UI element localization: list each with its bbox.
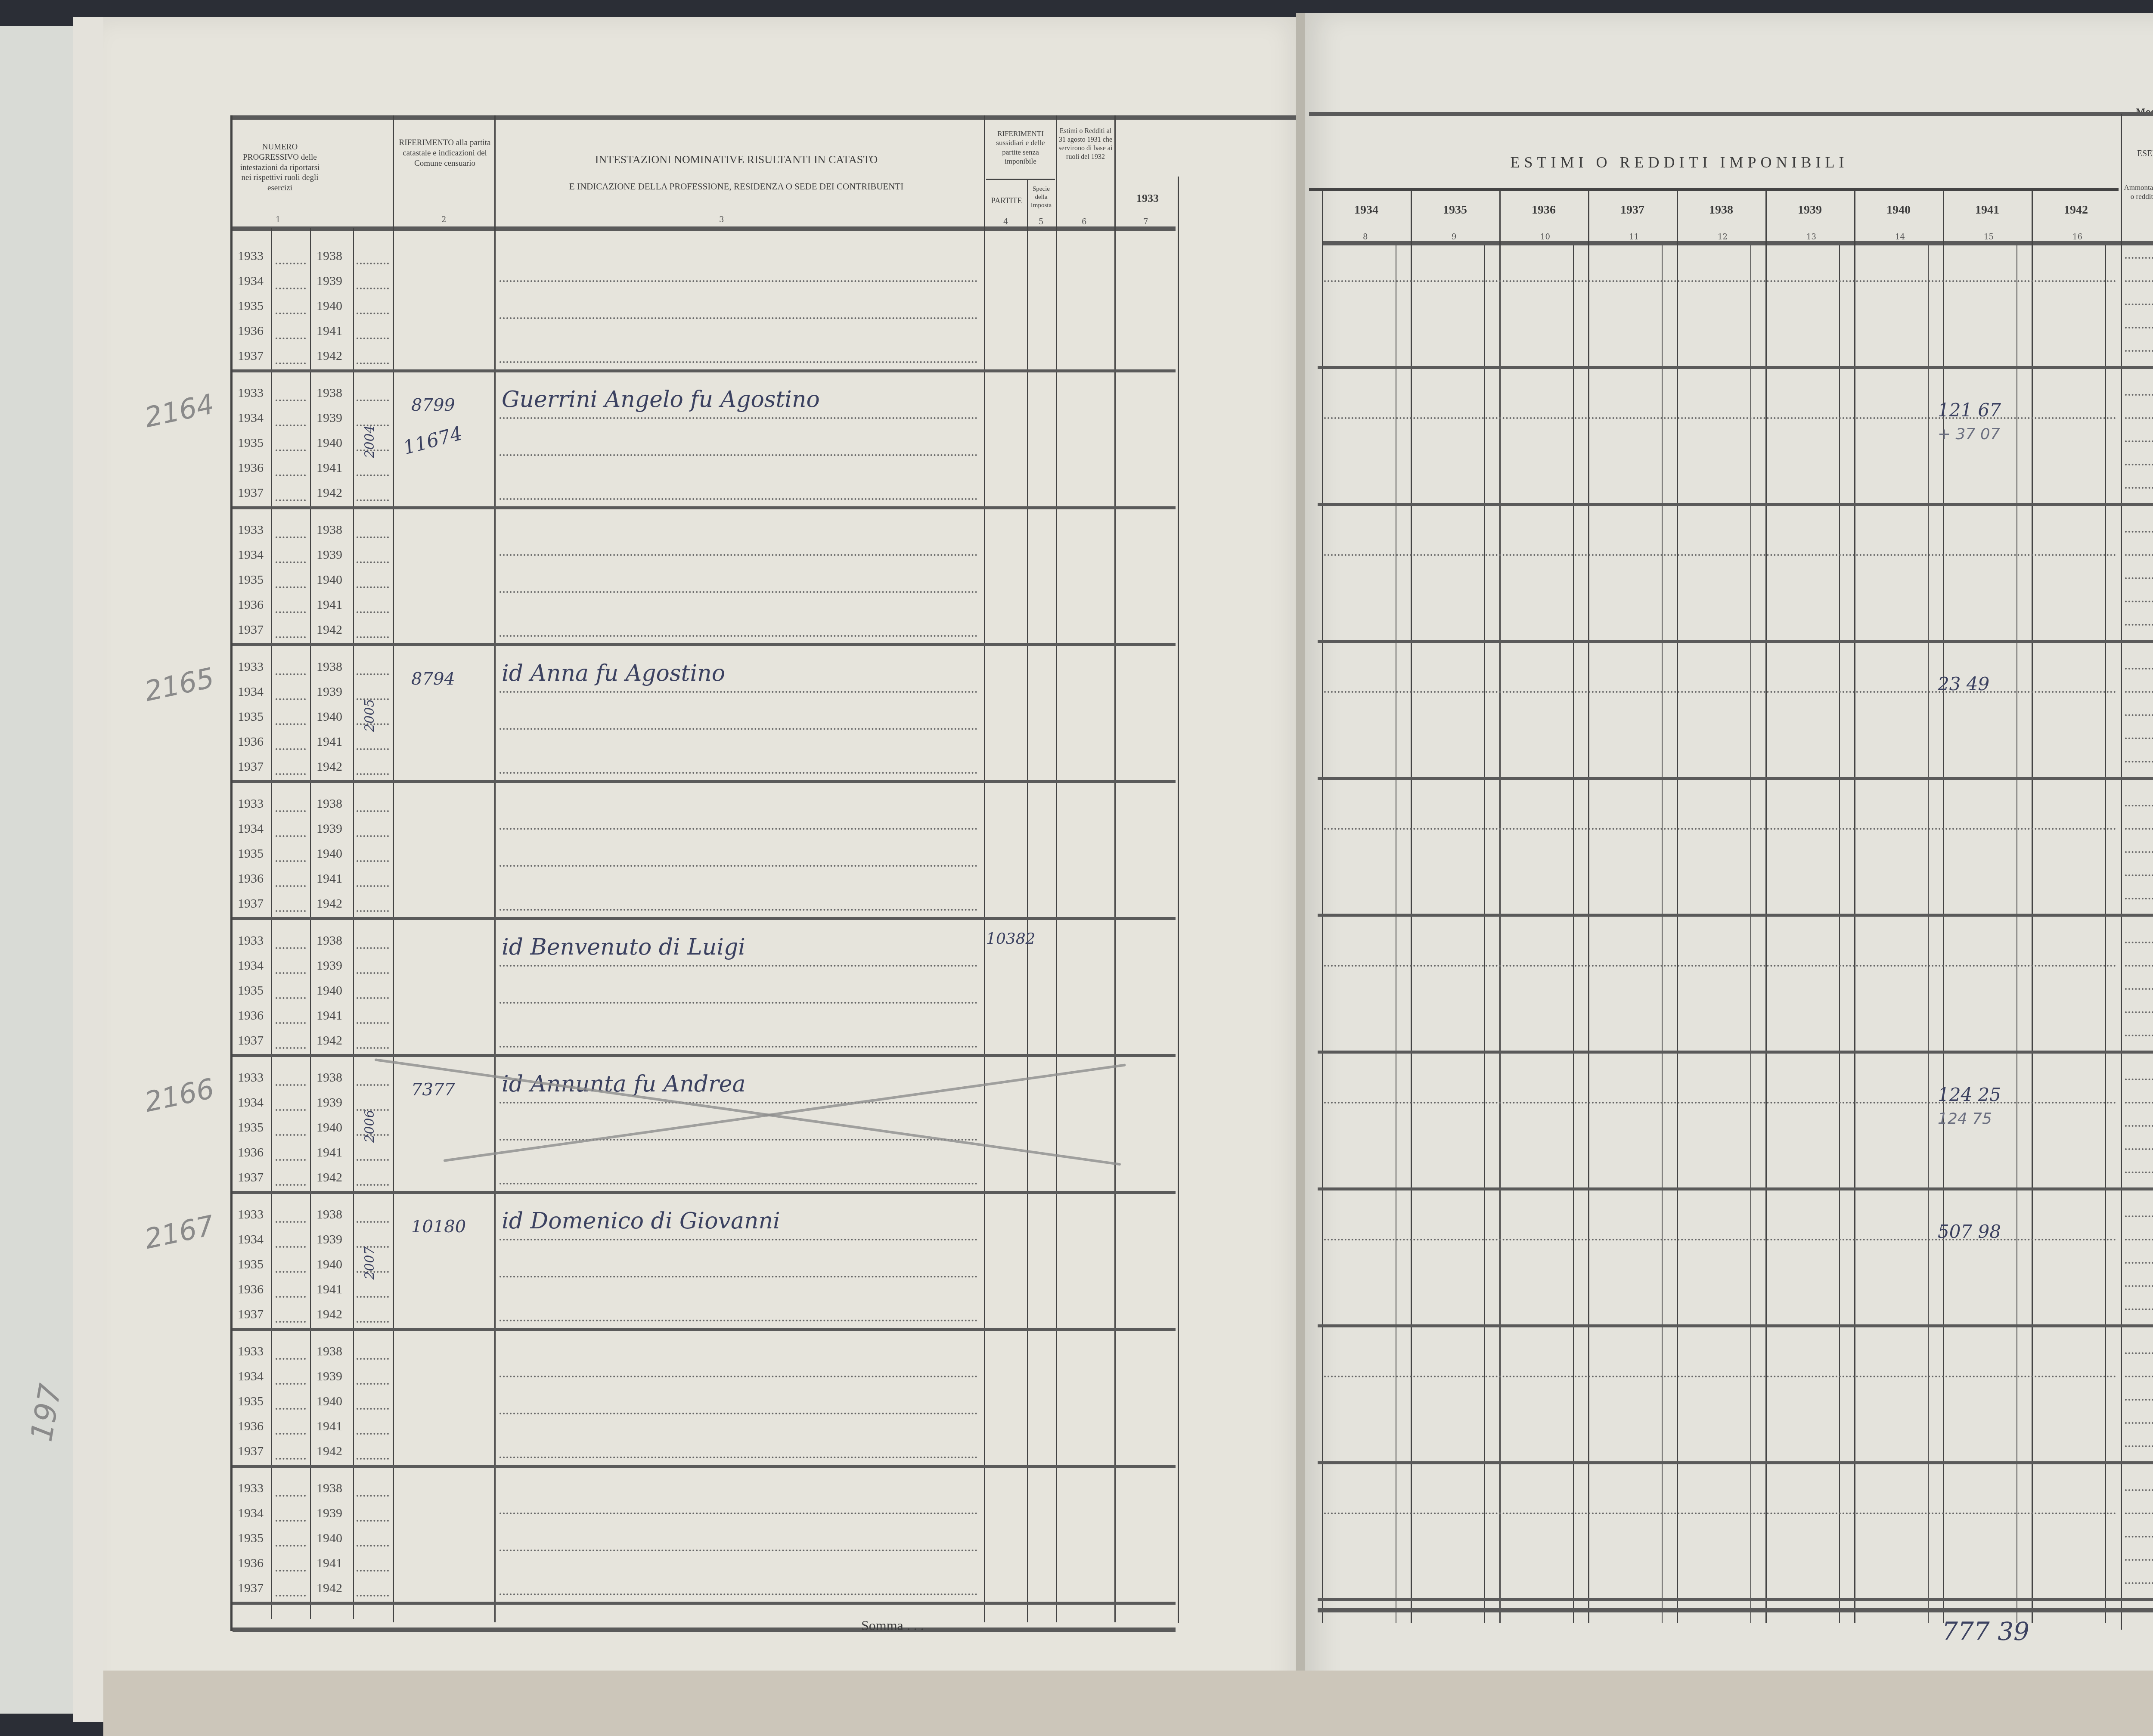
entry-separator-right: [1318, 503, 2153, 506]
year-label: 1936: [238, 324, 264, 338]
dotted-line: [2125, 1308, 2153, 1310]
dotted-line: [2125, 1102, 2153, 1104]
dotted-line: [2125, 1172, 2153, 1173]
dotted-line: [276, 338, 306, 339]
year-label: 1938: [316, 1344, 342, 1359]
year-label: 1936: [238, 1282, 264, 1297]
left-outer-border: [230, 115, 233, 1631]
dotted-line: [2125, 417, 2153, 419]
dotted-line: [276, 1358, 306, 1360]
entry-separator-right: [1318, 1598, 2153, 1601]
dotted-line: [276, 1221, 306, 1223]
dotted-line: [357, 263, 389, 264]
dotted-line: [499, 909, 977, 911]
dotted-line: [2125, 898, 2153, 899]
dotted-line: [357, 1321, 389, 1323]
cents-divider: [1484, 245, 1485, 1623]
dotted-line: [276, 947, 306, 949]
dotted-line: [2125, 714, 2153, 716]
year-col-divider: [1854, 189, 1855, 1623]
dotted-line: [357, 1595, 389, 1596]
header-estimi-imponibili: ESTIMI O REDDITI IMPONIBILI: [1399, 153, 1959, 172]
dotted-line: [2125, 1125, 2153, 1127]
header-year-1937: 1937: [1588, 202, 1677, 217]
header-estimi-1931: Estimi o Redditi al 31 agosto 1931 che s…: [1058, 127, 1114, 161]
dotted-line: [357, 338, 389, 339]
year-label: 1938: [316, 1207, 342, 1222]
dotted-line: [2125, 1445, 2153, 1447]
dotted-line: [276, 723, 306, 725]
entry-separator-right: [1318, 1324, 2153, 1327]
col-no-12: 12: [1718, 232, 1728, 242]
dotted-line: [276, 586, 306, 588]
dotted-line: [276, 972, 306, 974]
dotted-line: [1324, 965, 2116, 967]
dotted-line: [499, 1593, 977, 1595]
year-label: 1933: [238, 386, 264, 400]
year-label: 1937: [238, 623, 264, 637]
year-label: 1937: [238, 1581, 264, 1596]
dotted-line: [276, 748, 306, 750]
dotted-line: [499, 1320, 977, 1321]
dotted-line: [276, 1296, 306, 1298]
dotted-line: [2125, 350, 2153, 352]
dotted-line: [276, 474, 306, 476]
year-label: 1941: [316, 324, 342, 338]
dotted-line: [2125, 304, 2153, 305]
year-label: 1935: [238, 710, 264, 724]
col-no-3: 3: [719, 215, 724, 224]
dotted-line: [357, 313, 389, 314]
dotted-line: [499, 591, 977, 593]
dotted-line: [276, 288, 306, 289]
year-label: 1935: [238, 1257, 264, 1272]
year-label: 1938: [316, 1070, 342, 1085]
year-label: 1939: [316, 1095, 342, 1110]
dotted-line: [2125, 1239, 2153, 1240]
entry-separator-right: [1318, 366, 2153, 369]
dotted-line: [2125, 1536, 2153, 1538]
somma-label: Somma . . .: [861, 1617, 924, 1634]
dotted-line: [1324, 828, 2116, 830]
value-1941: 23 49: [1938, 673, 1989, 694]
header-year-1936: 1936: [1499, 202, 1588, 217]
entry-separator: [233, 369, 1176, 372]
dotted-line: [499, 1002, 977, 1004]
subcol-b: [310, 228, 311, 1619]
header-year-1941: 1941: [1943, 202, 2032, 217]
header-year-1934: 1934: [1322, 202, 1411, 217]
dotted-line: [2125, 942, 2153, 943]
partita-ref: 7377: [411, 1080, 455, 1100]
col-no-9: 9: [1452, 232, 1456, 242]
col-no-14: 14: [1895, 232, 1905, 242]
year-label: 1935: [238, 573, 264, 587]
year-col-divider: [1322, 189, 1323, 1623]
value-1941-note: + 37 07: [1938, 425, 2000, 443]
year-label: 1936: [238, 598, 264, 612]
dotted-line: [1324, 280, 2116, 282]
dotted-line: [2125, 1489, 2153, 1491]
contributor-name: id Anna fu Agostino: [502, 660, 725, 686]
entry-code: 2004: [362, 425, 377, 458]
dotted-line: [499, 1239, 977, 1240]
dotted-line: [357, 474, 389, 476]
dotted-line: [357, 363, 389, 364]
year-label: 1941: [316, 1145, 342, 1160]
cents-divider: [1396, 245, 1396, 1623]
dotted-line: [2125, 851, 2153, 853]
dotted-line: [357, 1358, 389, 1360]
cents-divider: [2016, 245, 2017, 1623]
entry-code: 2006: [362, 1110, 377, 1142]
year-label: 1937: [238, 1444, 264, 1459]
col-no-8: 8: [1363, 232, 1368, 242]
dotted-line: [357, 773, 389, 775]
dotted-line: [499, 772, 977, 774]
dotted-line: [2125, 327, 2153, 329]
right-page: [1305, 13, 2153, 1722]
dotted-line: [499, 1376, 977, 1377]
year-label: 1938: [316, 1481, 342, 1496]
entry-separator: [233, 1465, 1176, 1468]
dotted-line: [357, 536, 389, 538]
header-year-1938: 1938: [1677, 202, 1765, 217]
subcol-c: [353, 228, 354, 1619]
dotted-line: [276, 561, 306, 563]
year-label: 1934: [238, 958, 264, 973]
col-no-1: 1: [276, 215, 280, 224]
dotted-line: [2125, 624, 2153, 626]
year-label: 1939: [316, 548, 342, 562]
years-rule: [1309, 188, 2119, 191]
total-1941: 777 39: [1942, 1617, 2029, 1646]
cents-divider: [1928, 245, 1929, 1623]
dotted-line: [1324, 1513, 2116, 1514]
dotted-line: [2125, 988, 2153, 990]
partita-ref: 8799: [411, 395, 455, 415]
dotted-line: [276, 698, 306, 700]
year-label: 1942: [316, 349, 342, 363]
year-label: 1937: [238, 1307, 264, 1322]
divider-col6: [1056, 115, 1057, 1622]
year-label: 1941: [316, 598, 342, 612]
partite-value: 10382: [986, 930, 1036, 948]
year-label: 1942: [316, 1033, 342, 1048]
dotted-line: [499, 965, 977, 967]
dotted-line: [1324, 554, 2116, 556]
dotted-line: [357, 1570, 389, 1572]
value-1941: 124 25: [1938, 1084, 2001, 1105]
dotted-line: [499, 1550, 977, 1551]
year-label: 1933: [238, 1344, 264, 1359]
year-label: 1938: [316, 249, 342, 263]
dotted-line: [2125, 280, 2153, 282]
dotted-line: [276, 1109, 306, 1111]
dotted-line: [2125, 1011, 2153, 1013]
dotted-line: [276, 1545, 306, 1547]
dotted-line: [276, 400, 306, 401]
year-label: 1940: [316, 1531, 342, 1546]
dotted-line: [2125, 394, 2153, 396]
entry-separator: [233, 1328, 1176, 1331]
dotted-line: [499, 1102, 977, 1104]
dotted-line: [2125, 1559, 2153, 1561]
col-no-7: 7: [1143, 217, 1148, 226]
year-label: 1939: [316, 411, 342, 425]
col-no-11: 11: [1629, 232, 1639, 242]
dotted-line: [499, 498, 977, 500]
entry-separator-right: [1318, 914, 2153, 917]
dotted-line: [276, 885, 306, 887]
dotted-line: [2125, 1285, 2153, 1287]
dotted-line: [499, 417, 977, 419]
riferimenti-rule: [986, 179, 1055, 180]
col-no-13: 13: [1806, 232, 1816, 242]
year-label: 1940: [316, 983, 342, 998]
dotted-line: [276, 1495, 306, 1497]
year-label: 1937: [238, 759, 264, 774]
book-spine: [1296, 13, 1305, 1727]
dotted-line: [499, 1183, 977, 1184]
dotted-line: [2125, 531, 2153, 533]
year-label: 1938: [316, 797, 342, 811]
dotted-line: [357, 997, 389, 999]
dotted-line: [499, 1413, 977, 1414]
divider-col2: [393, 115, 394, 1622]
dotted-line: [2125, 1376, 2153, 1377]
dotted-line: [2125, 464, 2153, 465]
dotted-line: [499, 1276, 977, 1277]
year-label: 1935: [238, 1120, 264, 1135]
dotted-line: [2125, 1582, 2153, 1584]
year-label: 1940: [316, 1120, 342, 1135]
dotted-line: [499, 1513, 977, 1514]
cents-divider: [1839, 245, 1840, 1623]
contributor-name: id Benvenuto di Luigi: [502, 934, 745, 960]
col-no-10: 10: [1540, 232, 1550, 242]
header-numero-progressivo: NUMERO PROGRESSIVO delle intestazioni da…: [235, 142, 325, 193]
year-col-divider: [1765, 189, 1767, 1623]
year-label: 1936: [238, 1145, 264, 1160]
dotted-line: [2125, 440, 2153, 442]
year-label: 1935: [238, 846, 264, 861]
dotted-line: [276, 1408, 306, 1410]
entry-separator-right: [1318, 1051, 2153, 1054]
header-year-1942: 1942: [2032, 202, 2120, 217]
dotted-line: [276, 1595, 306, 1596]
year-label: 1935: [238, 299, 264, 313]
dotted-line: [357, 288, 389, 289]
dotted-line: [276, 636, 306, 638]
year-label: 1939: [316, 1369, 342, 1384]
dotted-line: [276, 1246, 306, 1248]
header-specie: Specie della Imposta: [1028, 185, 1054, 209]
dotted-line: [357, 1221, 389, 1223]
dotted-line: [2125, 1148, 2153, 1150]
dotted-line: [499, 728, 977, 730]
year-label: 1934: [238, 411, 264, 425]
right-header-bottom-rule: [1322, 241, 2153, 245]
dotted-line: [2125, 1035, 2153, 1036]
divider-col3: [494, 115, 496, 1622]
dotted-line: [276, 1271, 306, 1273]
entry-separator: [233, 780, 1176, 783]
dotted-line: [2125, 805, 2153, 806]
year-label: 1933: [238, 1070, 264, 1085]
year-label: 1941: [316, 1282, 342, 1297]
header-year-1940: 1940: [1854, 202, 1943, 217]
year-label: 1937: [238, 1170, 264, 1185]
year-label: 1933: [238, 523, 264, 537]
year-label: 1936: [238, 1008, 264, 1023]
dotted-line: [357, 561, 389, 563]
year-label: 1940: [316, 436, 342, 450]
dotted-line: [276, 1022, 306, 1024]
year-col-divider: [1677, 189, 1678, 1623]
dotted-line: [2125, 1352, 2153, 1354]
col-no-2: 2: [441, 215, 446, 224]
dotted-line: [357, 972, 389, 974]
divider-col5: [1027, 180, 1028, 1622]
year-label: 1941: [316, 871, 342, 886]
year-label: 1938: [316, 933, 342, 948]
dotted-line: [276, 1184, 306, 1186]
dotted-line: [357, 499, 389, 501]
year-label: 1942: [316, 1581, 342, 1596]
year-label: 1934: [238, 274, 264, 288]
dotted-line: [357, 636, 389, 638]
year-label: 1941: [316, 1556, 342, 1571]
dotted-line: [499, 691, 977, 693]
value-1941: 121 67: [1938, 400, 2001, 421]
divider-col4: [984, 115, 985, 1622]
contributor-name: id Domenico di Giovanni: [502, 1208, 780, 1234]
dotted-line: [499, 1457, 977, 1458]
dotted-line: [1324, 1376, 2116, 1377]
dotted-line: [357, 910, 389, 912]
dotted-line: [2125, 828, 2153, 830]
year-label: 1939: [316, 1506, 342, 1521]
year-label: 1938: [316, 660, 342, 674]
entry-separator-right: [1318, 1187, 2153, 1190]
dotted-line: [2125, 1079, 2153, 1080]
dotted-line: [276, 835, 306, 837]
dotted-line: [357, 1047, 389, 1049]
header-esenzioni-sub: Ammontare degli estimi o redditi e scade…: [2123, 183, 2153, 201]
dotted-line: [2125, 554, 2153, 556]
dotted-line: [357, 586, 389, 588]
year-label: 1942: [316, 1444, 342, 1459]
dotted-line: [2125, 577, 2153, 579]
left-top-rule: [233, 115, 1296, 120]
year-label: 1940: [316, 710, 342, 724]
dotted-line: [357, 400, 389, 401]
year-label: 1942: [316, 759, 342, 774]
dotted-line: [357, 1458, 389, 1460]
year-label: 1933: [238, 1207, 264, 1222]
year-label: 1935: [238, 1531, 264, 1546]
dotted-line: [2125, 1262, 2153, 1264]
year-label: 1933: [238, 933, 264, 948]
year-label: 1934: [238, 1369, 264, 1384]
left-bottom-rule: [233, 1627, 1176, 1632]
dotted-line: [357, 1520, 389, 1522]
year-label: 1939: [316, 274, 342, 288]
year-label: 1939: [316, 958, 342, 973]
dotted-line: [357, 885, 389, 887]
dotted-line: [357, 1022, 389, 1024]
year-label: 1934: [238, 821, 264, 836]
header-riferimento: RIFERIMENTO alla partita catastale e ind…: [395, 138, 494, 168]
dotted-line: [357, 1296, 389, 1298]
year-label: 1935: [238, 1394, 264, 1409]
col-no-4: 4: [1003, 217, 1008, 226]
dotted-line: [276, 810, 306, 812]
entry-separator: [233, 643, 1176, 646]
year-label: 1933: [238, 660, 264, 674]
cents-divider: [1750, 245, 1751, 1623]
year-label: 1942: [316, 623, 342, 637]
col-no-16: 16: [2072, 232, 2082, 242]
dotted-line: [357, 673, 389, 675]
partita-ref: 8794: [411, 669, 455, 689]
dotted-line: [2125, 761, 2153, 763]
header-year-1933: 1933: [1120, 192, 1176, 206]
contributor-name: Guerrini Angelo fu Agostino: [502, 387, 820, 412]
year-col-divider: [2032, 189, 2033, 1623]
divider-esenzioni: [2121, 114, 2122, 1630]
dotted-line: [357, 1545, 389, 1547]
year-label: 1942: [316, 1307, 342, 1322]
torn-bottom-edge: [103, 1671, 2153, 1736]
year-label: 1941: [316, 1419, 342, 1434]
year-label: 1933: [238, 1481, 264, 1496]
year-col-divider: [1499, 189, 1501, 1623]
col-no-6: 6: [1082, 217, 1086, 226]
year-label: 1940: [316, 846, 342, 861]
dotted-line: [276, 499, 306, 501]
col-no-5: 5: [1039, 217, 1043, 226]
dotted-line: [276, 773, 306, 775]
dotted-line: [276, 910, 306, 912]
header-year-1939: 1939: [1765, 202, 1854, 217]
dotted-line: [276, 263, 306, 264]
year-label: 1937: [238, 896, 264, 911]
dotted-line: [276, 1433, 306, 1435]
dotted-line: [276, 449, 306, 451]
dotted-line: [499, 454, 977, 456]
dotted-line: [276, 1520, 306, 1522]
year-label: 1933: [238, 797, 264, 811]
dotted-line: [276, 1047, 306, 1049]
year-label: 1939: [316, 1232, 342, 1247]
year-label: 1934: [238, 1506, 264, 1521]
entry-separator-right: [1318, 777, 2153, 780]
dotted-line: [276, 611, 306, 613]
dotted-line: [357, 1084, 389, 1086]
dotted-line: [357, 1184, 389, 1186]
year-label: 1936: [238, 871, 264, 886]
dotted-line: [499, 361, 977, 363]
dotted-line: [2125, 691, 2153, 693]
dotted-line: [357, 1159, 389, 1161]
entry-separator: [233, 506, 1176, 509]
year-label: 1938: [316, 523, 342, 537]
dotted-line: [357, 1495, 389, 1497]
year-label: 1934: [238, 548, 264, 562]
dotted-line: [499, 317, 977, 319]
